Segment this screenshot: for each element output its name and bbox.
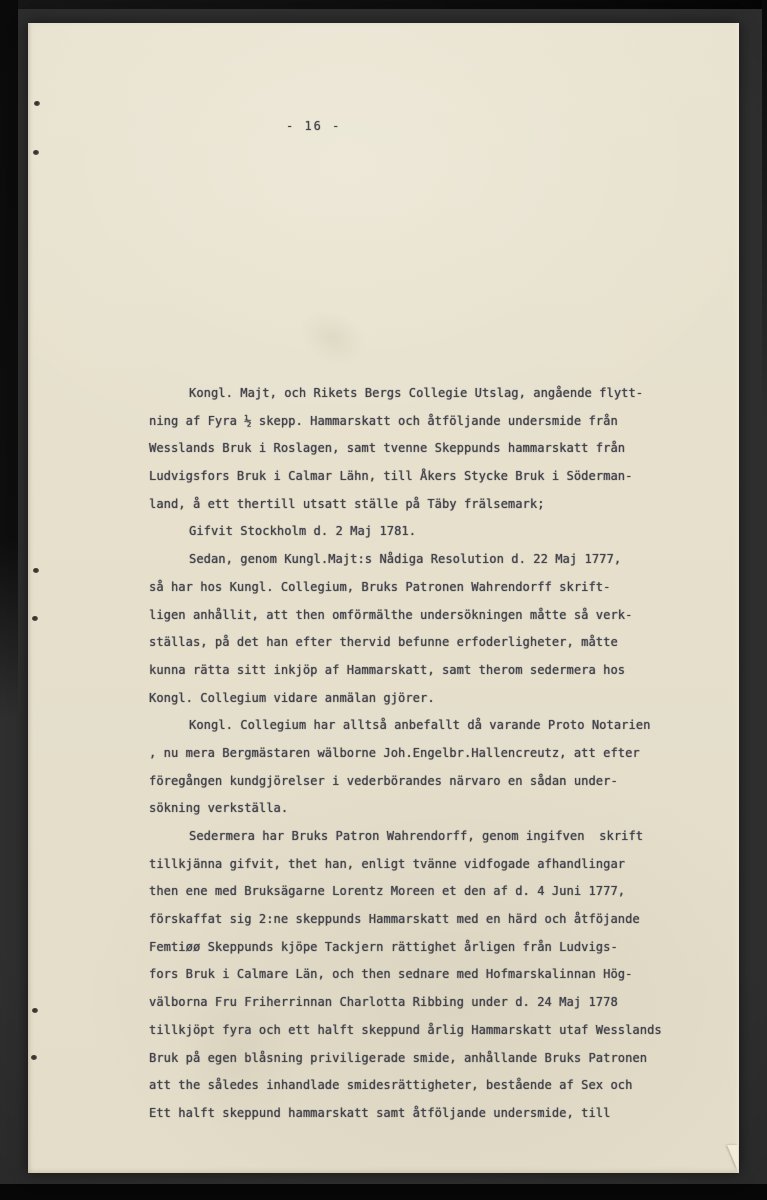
text-line: Kongl. Collegium vidare anmälan gjörer. [149, 685, 719, 713]
text-line: , nu mera Bergmästaren wälborne Joh.Enge… [149, 740, 719, 768]
text-line: Gifvit Stockholm d. 2 Maj 1781. [149, 518, 719, 546]
text-line: välborna Fru Friherrinnan Charlotta Ribb… [149, 989, 719, 1017]
text-line: Ludvigsfors Bruk i Calmar Lähn, till Åke… [149, 463, 719, 491]
document-text: Kongl. Majt, och Rikets Bergs Collegie U… [149, 380, 719, 1128]
frame-edge-left [0, 0, 18, 720]
text-line: Kongl. Majt, och Rikets Bergs Collegie U… [149, 380, 719, 408]
punch-hole [34, 101, 40, 106]
text-line: ning af Fyra ½ skepp. Hammarskatt och åt… [149, 408, 719, 436]
frame-edge-right [762, 0, 767, 420]
punch-hole [33, 568, 39, 573]
text-line: Ett halft skeppund hammarskatt samt åtfö… [149, 1100, 719, 1128]
text-line: att the således inhandlade smidesrättigh… [149, 1072, 719, 1100]
paper-smudge [291, 301, 376, 376]
document-page: - 16 - Kongl. Majt, och Rikets Bergs Col… [28, 23, 739, 1173]
frame-edge-top [0, 0, 767, 9]
frame-edge-bottom [0, 1184, 767, 1200]
text-line: Sedan, genom Kungl.Majt:s Nådiga Resolut… [149, 546, 719, 574]
text-line: Kongl. Collegium har alltså anbefallt då… [149, 712, 719, 740]
text-line: Wesslands Bruk i Roslagen, samt tvenne S… [149, 435, 719, 463]
text-line: Femtiøø Skeppunds kjöpe Tackjern rättigh… [149, 934, 719, 962]
text-line: Sedermera har Bruks Patron Wahrendorff, … [149, 823, 719, 851]
punch-hole [33, 150, 39, 155]
text-line: Bruk på egen blåsning priviligerade smid… [149, 1045, 719, 1073]
punch-hole [32, 616, 38, 621]
text-line: så har hos Kungl. Collegium, Bruks Patro… [149, 574, 719, 602]
text-line: ligen anhållit, att then omförmälthe und… [149, 602, 719, 630]
text-line: then ene med Bruksägarne Lorentz Moreen … [149, 878, 719, 906]
folded-corner [727, 1145, 738, 1171]
text-line: föregången kundgjörelser i vederbörandes… [149, 768, 719, 796]
photo-background: - 16 - Kongl. Majt, och Rikets Bergs Col… [0, 0, 767, 1200]
text-line: ställas, på det han efter thervid befunn… [149, 629, 719, 657]
text-line: sökning verkställa. [149, 795, 719, 823]
punch-hole [31, 1055, 37, 1060]
punch-hole [32, 1008, 38, 1013]
text-line: fors Bruk i Calmare Län, och then sednar… [149, 961, 719, 989]
text-line: land, å ett thertill utsatt ställe på Tä… [149, 491, 719, 519]
text-line: förskaffat sig 2:ne skeppunds Hammarskat… [149, 906, 719, 934]
text-line: tillkjöpt fyra och ett halft skeppund år… [149, 1017, 719, 1045]
text-line: tillkjänna gifvit, thet han, enligt tvän… [149, 851, 719, 879]
page-number: - 16 - [286, 119, 341, 133]
text-line: kunna rätta sitt inkjöp af Hammarskatt, … [149, 657, 719, 685]
